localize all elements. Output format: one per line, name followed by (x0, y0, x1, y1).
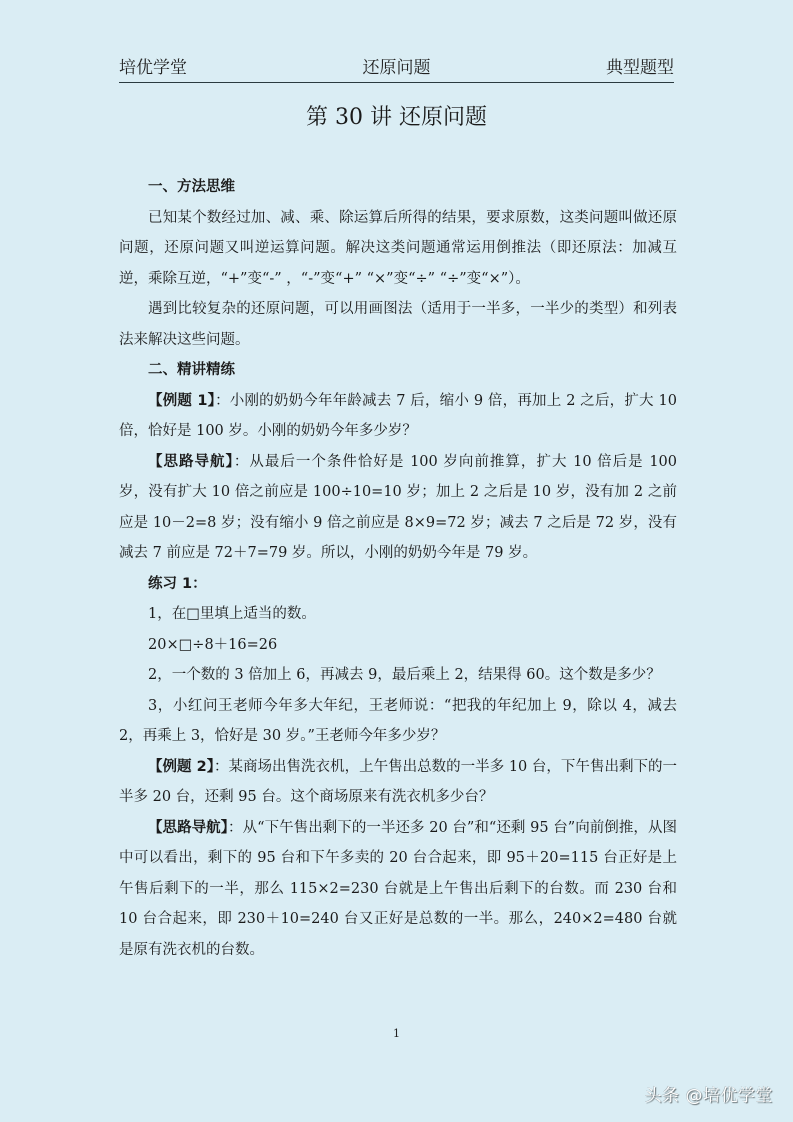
page-header: 培优学堂 还原问题 典型题型 (119, 56, 674, 83)
exercise-1-question-2: 2，一个数的 3 倍加上 6，再减去 9，最后乘上 2，结果得 60。这个数是多… (119, 660, 677, 691)
section-heading-method: 一、方法思维 (119, 172, 677, 203)
analysis-1-label: 【思路导航】 (148, 454, 234, 470)
method-paragraph-1: 已知某个数经过加、减、乘、除运算后所得的结果，要求原数，这类问题叫做还原问题，还… (119, 203, 677, 295)
example-1-label: 【例题 1】 (148, 393, 215, 409)
page-title: 第 30 讲 还原问题 (0, 103, 793, 133)
section-heading-practice: 二、精讲精练 (119, 355, 677, 386)
header-right-category: 典型题型 (606, 56, 674, 80)
analysis-2-text: ：从“下午售出剩下的一半还多 20 台”和“还剩 95 台”向前倒推，从图中可以… (119, 820, 677, 958)
analysis-1: 【思路导航】：从最后一个条件恰好是 100 岁向前推算，扩大 10 倍后是 10… (119, 447, 677, 569)
analysis-2-label: 【思路导航】 (148, 820, 228, 836)
exercise-1-equation: 20×□÷8＋16=26 (119, 630, 677, 661)
example-2-label: 【例题 2】 (148, 759, 214, 775)
exercise-1-question-1: 1，在□里填上适当的数。 (119, 599, 677, 630)
watermark: 头条 @培优学堂 (645, 1081, 773, 1106)
document-body: 一、方法思维 已知某个数经过加、减、乘、除运算后所得的结果，要求原数，这类问题叫… (119, 172, 677, 965)
exercise-1-heading: 练习 1： (119, 569, 677, 600)
header-left-brand: 培优学堂 (119, 56, 187, 80)
method-paragraph-2: 遇到比较复杂的还原问题，可以用画图法（适用于一半多，一半少的类型）和列表法来解决… (119, 294, 677, 355)
header-center-topic: 还原问题 (363, 56, 431, 80)
example-2: 【例题 2】：某商场出售洗衣机，上午售出总数的一半多 10 台，下午售出剩下的一… (119, 752, 677, 813)
example-1: 【例题 1】：小刚的奶奶今年年龄减去 7 后，缩小 9 倍，再加上 2 之后，扩… (119, 386, 677, 447)
page-number: 1 (0, 1027, 793, 1040)
analysis-2: 【思路导航】：从“下午售出剩下的一半还多 20 台”和“还剩 95 台”向前倒推… (119, 813, 677, 966)
exercise-1-question-3: 3，小红问王老师今年多大年纪，王老师说：“把我的年纪加上 9，除以 4，减去 2… (119, 691, 677, 752)
